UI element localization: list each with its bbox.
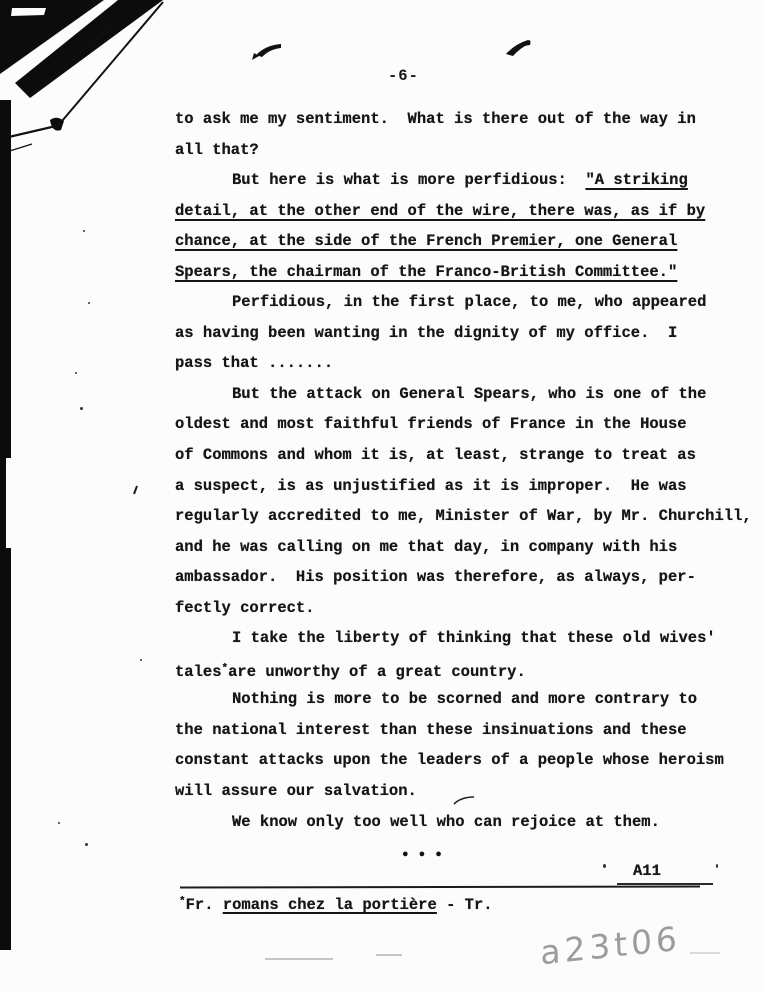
- text-line: as having been wanting in the dignity of…: [175, 318, 760, 349]
- text-segment: oldest and most faithful friends of Fran…: [175, 415, 687, 433]
- asterisk-separator: ●●●: [402, 849, 452, 861]
- ink-swoosh-mark-left: [248, 38, 288, 64]
- text-segment: tales: [175, 663, 222, 681]
- text-segment: to ask me my sentiment. What is there ou…: [175, 110, 696, 128]
- text-segment: ambassador. His position was therefore, …: [175, 568, 696, 586]
- dust-speck: [75, 372, 77, 374]
- footnote-prefix: Fr.: [186, 896, 223, 914]
- text-segment: are unworthy of a great country.: [228, 663, 526, 681]
- text-line: the national interest than these insinua…: [175, 715, 760, 746]
- text-line: We know only too well who can rejoice at…: [175, 807, 760, 838]
- text-line: tales*are unworthy of a great country.: [175, 654, 760, 685]
- text-line: I take the liberty of thinking that thes…: [175, 623, 760, 654]
- text-line: to ask me my sentiment. What is there ou…: [175, 104, 760, 135]
- underlined-text-segment: "A striking: [585, 171, 687, 189]
- text-segment: regularly accredited to me, Minister of …: [175, 507, 752, 525]
- text-line: detail, at the other end of the wire, th…: [175, 196, 760, 227]
- dust-speck: [80, 407, 83, 410]
- text-line: regularly accredited to me, Minister of …: [175, 501, 760, 532]
- text-segment: I take the liberty of thinking that thes…: [232, 629, 716, 647]
- faint-scan-dash: [376, 954, 402, 956]
- text-line: But here is what is more perfidious: "A …: [175, 165, 760, 196]
- text-line: oldest and most faithful friends of Fran…: [175, 409, 760, 440]
- text-segment: But here is what is more perfidious:: [232, 171, 585, 189]
- text-line: will assure our salvation.: [175, 776, 760, 807]
- footnote-suffix: - Tr.: [437, 896, 493, 914]
- underlined-text-segment: detail, at the other end of the wire, th…: [175, 202, 705, 220]
- text-segment: will assure our salvation.: [175, 782, 417, 800]
- footnote-asterisk: *: [179, 896, 186, 908]
- text-line: and he was calling on me that day, in co…: [175, 532, 760, 563]
- text-segment: as having been wanting in the dignity of…: [175, 324, 677, 342]
- text-segment: We know only too well who can rejoice at…: [232, 813, 660, 831]
- text-line: all that?: [175, 135, 760, 166]
- dust-speck: [716, 864, 718, 868]
- text-segment: all that?: [175, 141, 259, 159]
- ink-swoosh-mark-right: [502, 36, 542, 62]
- dust-speck: [140, 659, 142, 661]
- footnote: *Fr. romans chez la portière - Tr.: [179, 891, 493, 916]
- text-segment: constant attacks upon the leaders of a p…: [175, 751, 724, 769]
- dust-speck: [88, 302, 90, 304]
- text-line: pass that .......: [175, 348, 760, 379]
- text-segment: Perfidious, in the first place, to me, w…: [232, 293, 706, 311]
- page-number: -6-: [388, 67, 419, 85]
- text-segment: Nothing is more to be scorned and more c…: [232, 690, 697, 708]
- handwritten-annotation: a23t06: [540, 919, 682, 973]
- underlined-text-segment: Spears, the chairman of the Franco-Briti…: [175, 263, 677, 281]
- dust-speck: [83, 230, 85, 232]
- faint-scan-dash: [690, 952, 720, 954]
- footnote-rule: [180, 886, 700, 889]
- text-line: of Commons and whom it is, at least, str…: [175, 440, 760, 471]
- dust-speck: [85, 843, 88, 846]
- text-segment: and he was calling on me that day, in co…: [175, 538, 677, 556]
- text-line: ambassador. His position was therefore, …: [175, 562, 760, 593]
- stray-apostrophe-mark: [131, 484, 141, 498]
- text-line: Spears, the chairman of the Franco-Briti…: [175, 257, 760, 288]
- underlined-text-segment: chance, at the side of the French Premie…: [175, 232, 677, 250]
- text-line: fectly correct.: [175, 593, 760, 624]
- text-line: a suspect, is as unjustified as it is im…: [175, 471, 760, 502]
- text-segment: But the attack on General Spears, who is…: [232, 385, 706, 403]
- scanned-document-page: -6- to ask me my sentiment. What is ther…: [0, 0, 765, 991]
- reference-mark: A11: [633, 862, 661, 880]
- text-line: But the attack on General Spears, who is…: [175, 379, 760, 410]
- dust-speck: [603, 864, 606, 868]
- text-segment: a suspect, is as unjustified as it is im…: [175, 477, 687, 495]
- text-segment: fectly correct.: [175, 599, 315, 617]
- footnote-french-phrase: romans chez la portière: [223, 896, 437, 914]
- text-segment: pass that .......: [175, 354, 333, 372]
- text-line: constant attacks upon the leaders of a p…: [175, 745, 760, 776]
- document-body: to ask me my sentiment. What is there ou…: [175, 104, 760, 837]
- footnote-rule-secondary: [617, 883, 713, 885]
- text-line: chance, at the side of the French Premie…: [175, 226, 760, 257]
- text-line: Nothing is more to be scorned and more c…: [175, 684, 760, 715]
- text-segment: the national interest than these insinua…: [175, 721, 687, 739]
- dust-speck: [58, 822, 60, 824]
- text-line: Perfidious, in the first place, to me, w…: [175, 287, 760, 318]
- faint-scan-dash: [265, 958, 333, 960]
- text-segment: of Commons and whom it is, at least, str…: [175, 446, 696, 464]
